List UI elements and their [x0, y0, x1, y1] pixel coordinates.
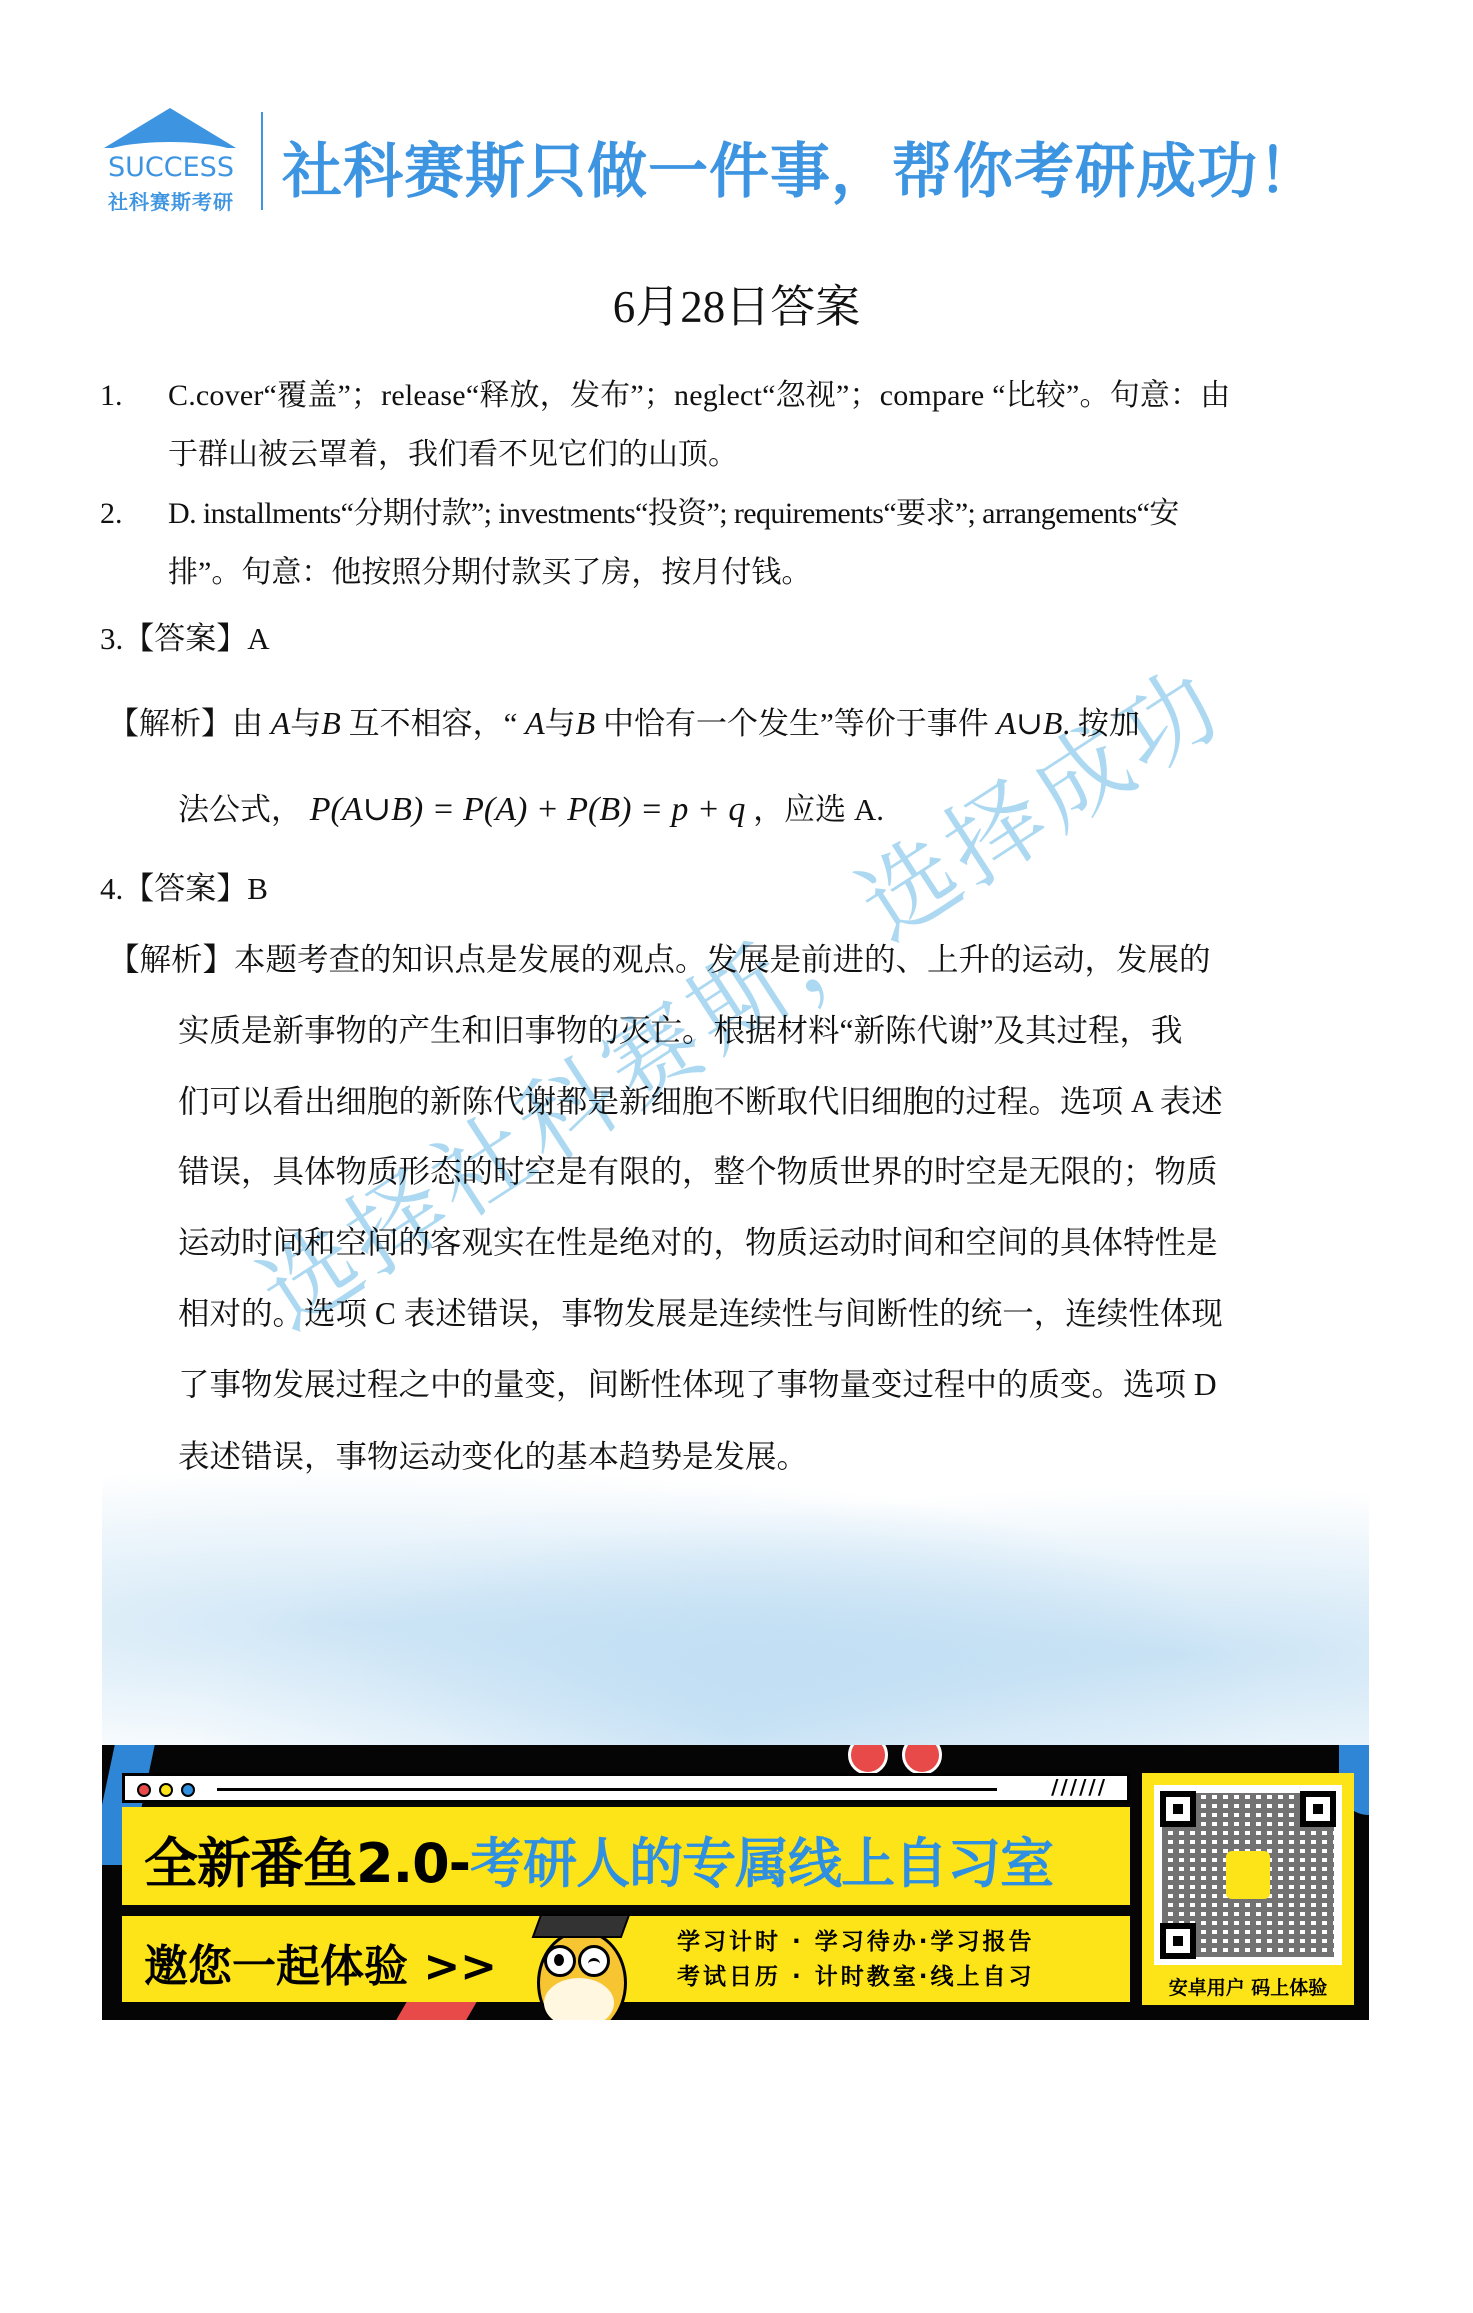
- math-var: B: [576, 705, 596, 741]
- q3-analysis-line2: 法公式， P(A∪B) = P(A) + P(B) = p + q ，应选 A.: [178, 790, 884, 830]
- q4-analysis-first: 【解析】本题考查的知识点是发展的观点。发展是前进的、上升的运动，发展的: [108, 940, 1211, 980]
- banner-headline-panel: 全新番鱼2.0-考研人的专属线上自习室: [122, 1807, 1130, 1905]
- headline-blue: 考研人的专属线上自习室: [470, 1832, 1053, 1895]
- invite-cta-button[interactable]: 邀您一起体验 >>: [144, 1930, 497, 1994]
- q4-analysis-line: 们可以看出细胞的新陈代谢都是新细胞不断取代旧细胞的过程。选项 A 表述: [178, 1082, 1223, 1122]
- window-line: [217, 1788, 997, 1791]
- analysis-label: 【解析】: [108, 706, 232, 741]
- q4-analysis-line: 相对的。选项 C 表述错误，事物发展是连续性与间断性的统一，连续性体现: [178, 1294, 1223, 1334]
- text: 与: [290, 706, 321, 741]
- text: 法公式，: [178, 792, 302, 827]
- text: 互不相容，“: [349, 706, 518, 741]
- text: . 按加: [1062, 706, 1140, 741]
- q3-answer: 3.【答案】A: [100, 619, 270, 659]
- math-var: A: [525, 705, 545, 741]
- features-line-2: 考试日历 · 计时教室·线上自习: [677, 1960, 1035, 1995]
- page-title: 6月28日答案: [0, 270, 1473, 335]
- qr-code[interactable]: [1154, 1785, 1342, 1965]
- text: 中恰有一个发生”等价于事件: [603, 706, 989, 741]
- text: 与: [545, 706, 576, 741]
- decor-circle: [902, 1745, 942, 1775]
- item-line: C.cover“覆盖”；release“释放，发布”；neglect“忽视”；c…: [168, 376, 1231, 416]
- promo-banner[interactable]: ////// 全新番鱼2.0-考研人的专属线上自习室 邀您一起体验 >> 学习计…: [102, 1745, 1369, 2020]
- window-titlebar: //////: [122, 1773, 1130, 1803]
- q4-analysis-line: 实质是新事物的产生和旧事物的灭亡。根据材料“新陈代谢”及其过程，我: [178, 1011, 1182, 1051]
- decor-circle: [848, 1745, 888, 1775]
- window-dot-blue-icon: [181, 1783, 195, 1797]
- item-number: 1.: [100, 376, 123, 416]
- item-line: 于群山被云罩着，我们看不见它们的山顶。: [168, 435, 738, 475]
- math-expression: A∪B: [996, 705, 1062, 741]
- logo-text-cn: 社科赛斯考研: [98, 186, 244, 215]
- q4-answer: 4.【答案】B: [100, 869, 268, 909]
- qr-logo-fish-icon: [1226, 1851, 1270, 1899]
- mascot-fish-icon: [522, 1900, 632, 2020]
- qr-finder: [1160, 1791, 1196, 1827]
- features-line-1: 学习计时 · 学习待办·学习报告: [677, 1925, 1035, 1960]
- window-slashes: //////: [1051, 1775, 1107, 1799]
- mascot-pupil: [554, 1954, 564, 1966]
- headline-black: 全新番鱼2.0-: [144, 1832, 470, 1895]
- q3-analysis-line1: 【解析】由 A与B 互不相容，“ A与B 中恰有一个发生”等价于事件 A∪B. …: [108, 703, 1140, 744]
- logo-text-en: SUCCESS: [100, 152, 242, 183]
- qr-finder: [1300, 1791, 1336, 1827]
- banner-headline: 全新番鱼2.0-考研人的专属线上自习室: [144, 1821, 1053, 1898]
- feature-list: 学习计时 · 学习待办·学习报告 考试日历 · 计时教室·线上自习: [677, 1925, 1035, 1995]
- mascot-eye: [544, 1945, 576, 1977]
- item-number: 2.: [100, 494, 123, 534]
- item-line: 排”。句意：他按照分期付款买了房，按月付钱。: [168, 553, 811, 593]
- qr-panel[interactable]: 安卓用户 码上体验: [1142, 1773, 1354, 2005]
- item-line: D. installments“分期付款”; investments“投资”; …: [168, 494, 1179, 534]
- window-dot-yellow-icon: [159, 1783, 173, 1797]
- qr-finder: [1160, 1923, 1196, 1959]
- q4-analysis-line: 错误，具体物质形态的时空是有限的，整个物质世界的时空是无限的；物质: [178, 1152, 1218, 1192]
- q4-analysis-line: 了事物发展过程之中的量变，间断性体现了事物量变过程中的质变。选项 D: [178, 1365, 1217, 1405]
- math-var: A: [271, 705, 291, 741]
- mascot-eye: [578, 1945, 610, 1977]
- header-divider: [261, 112, 263, 210]
- mascot-belly: [544, 1978, 614, 2020]
- math-var: B: [321, 705, 341, 741]
- header-slogan: 社科赛斯只做一件事，帮你考研成功！: [282, 124, 1319, 210]
- math-formula: P(A∪B) = P(A) + P(B) = p + q: [310, 791, 746, 828]
- window-dot-red-icon: [137, 1783, 151, 1797]
- qr-caption: 安卓用户 码上体验: [1142, 1973, 1354, 2000]
- text: ，应选 A.: [753, 792, 884, 827]
- graduation-cap-icon: [532, 1914, 631, 1938]
- watercolor-background: [102, 1440, 1369, 1746]
- mascot-wink: [588, 1958, 600, 1965]
- q4-analysis-line: 运动时间和空间的客观实在性是绝对的，物质运动时间和空间的具体特性是: [178, 1223, 1218, 1263]
- text: 由: [232, 706, 263, 741]
- logo: SUCCESS 社科赛斯考研: [96, 108, 246, 216]
